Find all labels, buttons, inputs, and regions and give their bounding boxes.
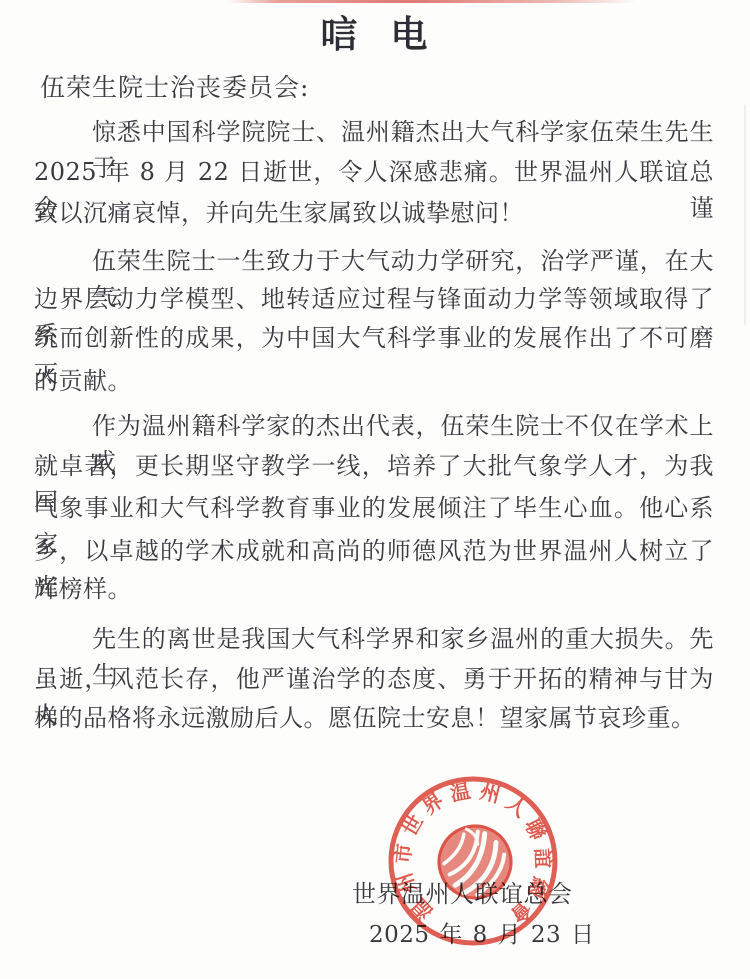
salutation: 伍荣生院士治丧委员会: bbox=[40, 70, 309, 106]
body-line: 乡，以卓越的学术成就和高尚的师德风范为世界温州人树立了光 bbox=[34, 533, 714, 571]
document-title: 唁 电 bbox=[0, 12, 750, 56]
body-line: 的贡献。 bbox=[34, 363, 714, 401]
body-line: 气象事业和大气科学教育事业的发展倾注了毕生心血。他心系家 bbox=[34, 490, 714, 528]
body-line: 伍荣生院士一生致力于大气动力学研究，治学严谨，在大气 bbox=[34, 243, 714, 281]
scan-edge-artifact bbox=[744, 105, 746, 325]
body-line: 统而创新性的成果，为中国大气科学事业的发展作出了不可磨灭 bbox=[34, 320, 714, 358]
scanned-condolence-letter: 唁 电 伍荣生院士治丧委员会: 惊悉中国科学院院士、温州籍杰出大气科学家伍荣生先… bbox=[0, 0, 750, 979]
body-line: 致以沉痛哀悼，并向先生家属致以诚挚慰问！ bbox=[34, 195, 714, 233]
signature-organization: 世界温州人联谊总会 bbox=[352, 876, 573, 912]
body-line: 作为温州籍科学家的杰出代表，伍荣生院士不仅在学术上成 bbox=[34, 408, 714, 446]
body-line: 先生的离世是我国大气科学界和家乡温州的重大损失。先生 bbox=[34, 621, 714, 659]
body-line: 惊悉中国科学院院士、温州籍杰出大气科学家伍荣生先生于 bbox=[34, 114, 714, 152]
body-line: 2025 年 8 月 22 日逝世，令人深感悲痛。世界温州人联谊总会谨 bbox=[34, 154, 714, 192]
body-line: 边界层动力学模型、地转适应过程与锋面动力学等领域取得了系 bbox=[34, 281, 714, 319]
body-line: 辉榜样。 bbox=[34, 571, 714, 609]
signature-date: 2025 年 8 月 23 日 bbox=[369, 917, 595, 953]
body-line: 梯的品格将永远激励后人。愿伍院士安息！望家属节哀珍重。 bbox=[34, 700, 714, 738]
letterhead-red-edge bbox=[228, 0, 636, 3]
body-line: 虽逝，风范长存，他严谨治学的态度、勇于开拓的精神与甘为人 bbox=[34, 661, 714, 699]
body-line: 就卓著，更长期坚守教学一线，培养了大批气象学人才，为我国 bbox=[34, 448, 714, 486]
